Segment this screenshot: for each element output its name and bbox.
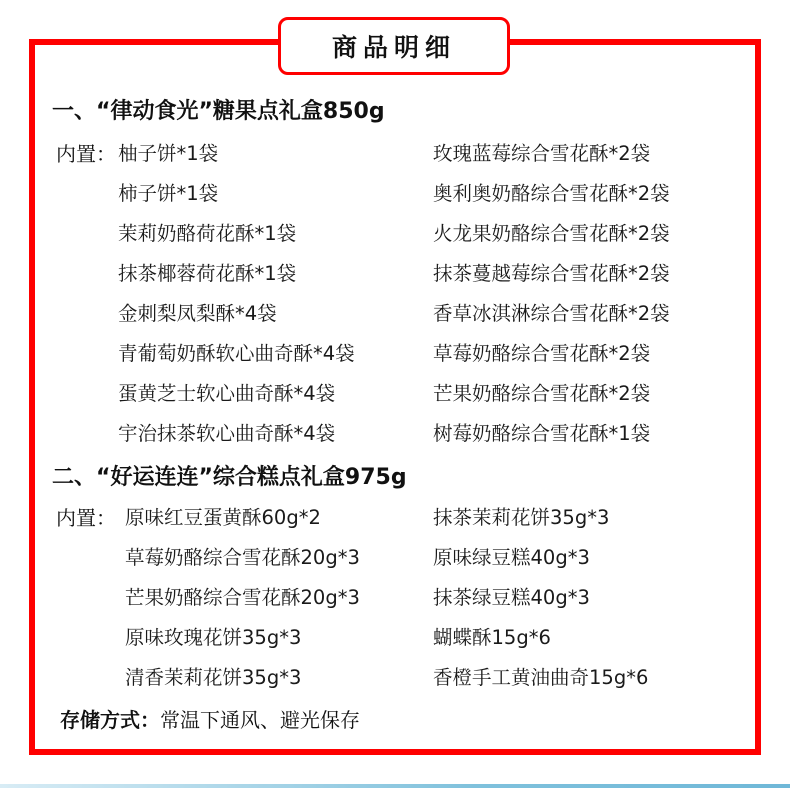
list-item: 宇治抹茶软心曲奇酥*4袋 [118,418,335,446]
list-item: 原味玫瑰花饼35g*3 [125,622,301,650]
title-box: 商品明细 [278,17,510,75]
contents-label-1: 内置： [56,138,116,167]
list-item: 抹茶茉莉花饼35g*3 [433,502,609,530]
bottom-divider [0,784,790,788]
list-item: 香草冰淇淋综合雪花酥*2袋 [433,298,670,326]
list-item: 抹茶绿豆糕40g*3 [433,582,590,610]
list-item: 玫瑰蓝莓综合雪花酥*2袋 [433,138,650,166]
list-item: 金刺梨凤梨酥*4袋 [118,298,277,326]
storage-info: 存储方式：常温下通风、避光保存 [60,704,360,733]
list-item: 芒果奶酪综合雪花酥*2袋 [433,378,650,406]
list-item: 柚子饼*1袋 [118,138,218,166]
list-item: 青葡萄奶酥软心曲奇酥*4袋 [118,338,355,366]
list-item: 树莓奶酪综合雪花酥*1袋 [433,418,650,446]
storage-label: 存储方式： [60,708,160,732]
list-item: 蛋黄芝士软心曲奇酥*4袋 [118,378,335,406]
list-item: 原味红豆蛋黄酥60g*2 [125,502,321,530]
list-item: 蝴蝶酥15g*6 [433,622,551,650]
list-item: 抹茶蔓越莓综合雪花酥*2袋 [433,258,670,286]
list-item: 草莓奶酪综合雪花酥*2袋 [433,338,650,366]
section-heading-2: 二、“好运连连”综合糕点礼盒975g [52,460,407,491]
list-item: 柿子饼*1袋 [118,178,218,206]
list-item: 原味绿豆糕40g*3 [433,542,590,570]
contents-label-2: 内置： [56,502,116,531]
list-item: 芒果奶酪综合雪花酥20g*3 [125,582,360,610]
list-item: 草莓奶酪综合雪花酥20g*3 [125,542,360,570]
list-item: 奥利奥奶酪综合雪花酥*2袋 [433,178,670,206]
list-item: 茉莉奶酪荷花酥*1袋 [118,218,296,246]
list-item: 清香茉莉花饼35g*3 [125,662,301,690]
list-item: 火龙果奶酪综合雪花酥*2袋 [433,218,670,246]
page-title: 商品明细 [332,28,456,64]
storage-value: 常温下通风、避光保存 [160,708,360,732]
list-item: 抹茶椰蓉荷花酥*1袋 [118,258,296,286]
section-heading-1: 一、“律动食光”糖果点礼盒850g [52,94,385,125]
list-item: 香橙手工黄油曲奇15g*6 [433,662,648,690]
